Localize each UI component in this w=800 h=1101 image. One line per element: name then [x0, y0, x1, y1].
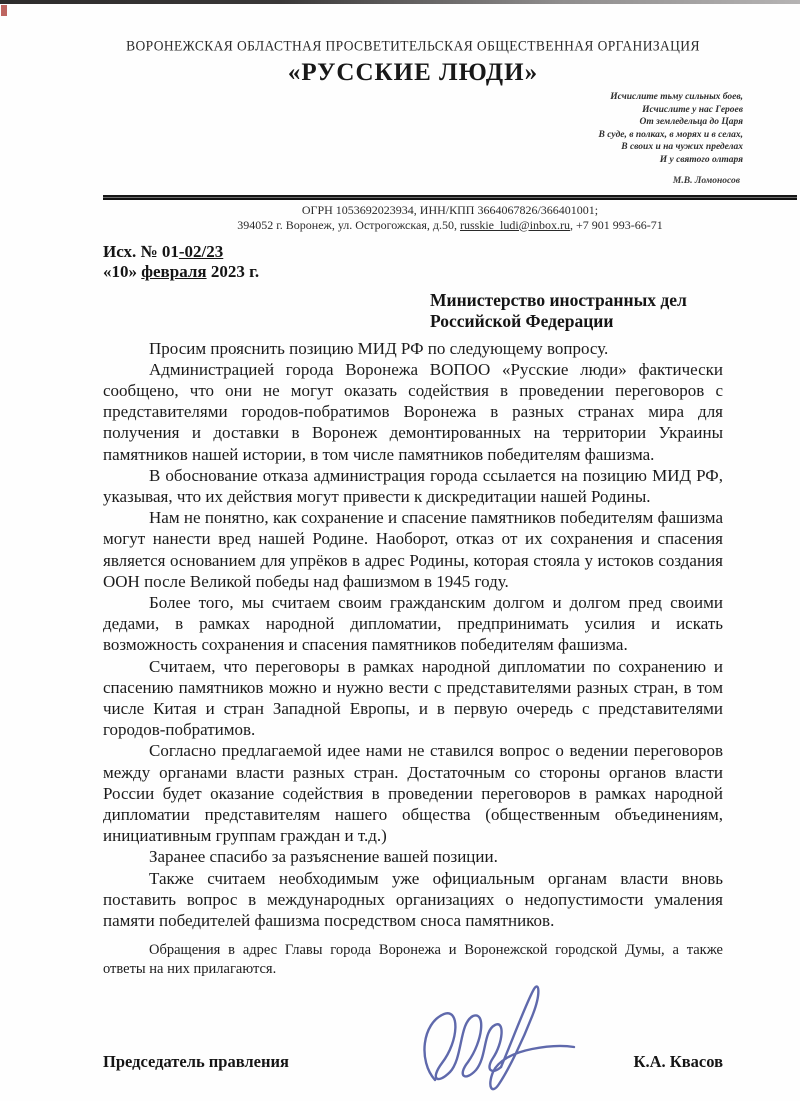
- org-registration-line: ОГРН 1053692023934, ИНН/КПП 3664067826/3…: [103, 203, 797, 218]
- epigraph-line: От земледельца до Царя: [103, 116, 743, 129]
- org-requisites: ОГРН 1053692023934, ИНН/КПП 3664067826/3…: [103, 203, 797, 233]
- letter-body: Просим прояснить позицию МИД РФ по следу…: [103, 338, 723, 932]
- body-paragraph: В обоснование отказа администрация город…: [103, 465, 723, 507]
- epigraph-line: И у святого олтаря: [103, 154, 743, 167]
- body-paragraph: Заранее спасибо за разъяснение вашей поз…: [103, 846, 723, 867]
- body-paragraph: Также считаем необходимым уже официальны…: [103, 868, 723, 932]
- letterhead-divider-rule: [103, 195, 797, 200]
- reference-block: Исх. № 01-02/23 «10» февраля 2023 г.: [103, 242, 723, 282]
- org-address-line: 394052 г. Воронеж, ул. Острогожская, д.5…: [103, 218, 797, 233]
- epigraph-line: Исчислите тьму сильных боев,: [103, 91, 743, 104]
- addressee-line: Министерство иностранных дел: [430, 290, 723, 312]
- attachment-note: Обращения в адрес Главы города Воронежа …: [103, 941, 723, 979]
- body-paragraph: Нам не понятно, как сохранение и спасени…: [103, 507, 723, 592]
- addressee-line: Российской Федерации: [430, 311, 723, 333]
- body-paragraph: Считаем, что переговоры в рамках народно…: [103, 656, 723, 741]
- scanned-letter-page: ВОРОНЕЖСКАЯ ОБЛАСТНАЯ ПРОСВЕТИТЕЛЬСКАЯ О…: [0, 0, 800, 1101]
- body-paragraph: Более того, мы считаем своим гражданским…: [103, 592, 723, 656]
- addressee-block: Министерство иностранных дел Российской …: [430, 290, 723, 333]
- body-paragraph: Администрацией города Воронежа ВОПОО «Ру…: [103, 359, 723, 465]
- epigraph-author: М.В. Ломоносов: [103, 175, 740, 188]
- handwritten-signature: [400, 983, 620, 1101]
- organization-name: ВОРОНЕЖСКАЯ ОБЛАСТНАЯ ПРОСВЕТИТЕЛЬСКАЯ О…: [103, 37, 723, 55]
- signer-name: К.А. Квасов: [634, 1052, 723, 1072]
- epigraph-verse: Исчислите тьму сильных боев, Исчислите у…: [103, 91, 743, 188]
- scan-red-artifact: [1, 5, 7, 16]
- body-paragraph: Согласно предлагаемой идее нами не стави…: [103, 740, 723, 846]
- org-email: russkie_ludi@inbox.ru: [460, 218, 570, 232]
- signer-position: Председатель правления: [103, 1052, 289, 1072]
- letter-date-line: «10» февраля 2023 г.: [103, 262, 723, 282]
- organization-title: «РУССКИЕ ЛЮДИ»: [103, 59, 723, 87]
- epigraph-line: В своих и на чужих пределах: [103, 141, 743, 154]
- outgoing-number-line: Исх. № 01-02/23: [103, 242, 723, 262]
- body-paragraph: Просим прояснить позицию МИД РФ по следу…: [103, 338, 723, 359]
- epigraph-line: Исчислите у нас Героев: [103, 104, 743, 117]
- signature-row: Председатель правления К.А. Квасов: [103, 1052, 723, 1072]
- epigraph-line: В суде, в полках, в морях и в селах,: [103, 129, 743, 142]
